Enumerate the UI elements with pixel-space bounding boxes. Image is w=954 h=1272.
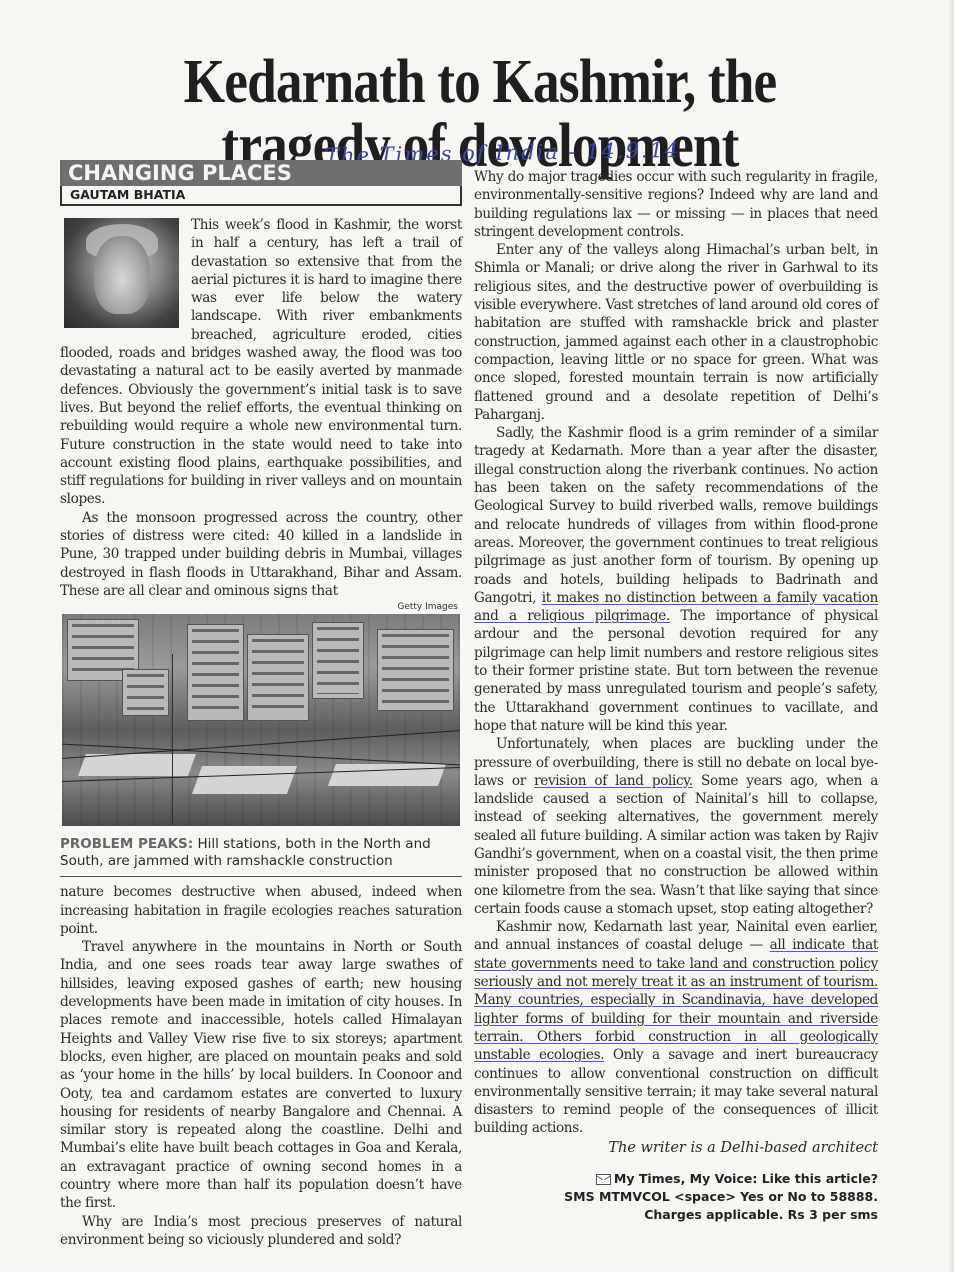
paragraph: nature becomes destructive when abused, … [60,883,462,938]
paragraph: Kashmir now, Kedarnath last year, Nainit… [474,918,878,1138]
building-shape [122,669,169,716]
headline-line-1: Kedarnath to Kashmir, the [184,48,777,116]
building-shape [187,624,244,721]
article-body-right: Why do major tragedies occur with such r… [474,168,878,1138]
paragraph: As the monsoon progressed across the cou… [60,509,462,600]
tin-roof-shape [192,766,297,794]
text-run: The importance of physical ardour and th… [474,608,878,734]
paragraph: Unfortunately, when places are buckling … [474,735,878,918]
writer-bio: The writer is a Delhi-based architect [474,1140,878,1156]
building-shape [312,622,364,699]
pen-underlined-text: revision of land policy. [534,773,693,789]
column-kicker: CHANGING PLACES [60,160,462,186]
left-column: CHANGING PLACES GAUTAM BHATIA This week’… [60,160,462,1249]
hill-station-photo [62,614,460,826]
paragraph: Sadly, the Kashmir flood is a grim remin… [474,424,878,735]
photo-caption: PROBLEM PEAKS: Hill stations, both in th… [60,826,462,877]
text-run: Sadly, the Kashmir flood is a grim remin… [474,425,878,606]
paragraph: Enter any of the valleys along Himachal’… [474,241,878,424]
photo-credit: Getty Images [60,602,458,612]
sms-line-2: SMS MTMVCOL <space> Yes or No to 58888. [474,1188,878,1206]
text-run: Some years ago, when a landslide caused … [474,773,878,917]
article-body-left: This week’s flood in Kashmir, the worst … [60,216,462,600]
page-edge-shadow [948,0,954,1272]
paragraph: Travel anywhere in the mountains in Nort… [60,938,462,1212]
paragraph: Why are India’s most precious preserves … [60,1213,462,1250]
author-photo [64,218,179,328]
sms-line-1: My Times, My Voice: Like this article? [614,1171,878,1186]
paragraph: Why do major tragedies occur with such r… [474,168,878,241]
building-shape [247,634,309,721]
caption-lead: PROBLEM PEAKS: [60,836,193,852]
sms-feedback-box: My Times, My Voice: Like this article? S… [474,1170,878,1224]
newspaper-clipping: Kedarnath to Kashmir, the tragedy of dev… [0,0,954,1272]
byline: GAUTAM BHATIA [60,186,462,206]
article-body-left-continued: nature becomes destructive when abused, … [60,883,462,1249]
tin-roof-shape [78,754,196,776]
building-shape [377,629,454,711]
sms-line-3: Charges applicable. Rs 3 per sms [474,1206,878,1224]
right-column: Why do major tragedies occur with such r… [474,168,878,1224]
utility-pole [172,654,173,824]
author-face-shape [94,236,150,314]
envelope-icon [596,1174,611,1185]
pen-underlined-text: all indicate that state governments need… [474,937,878,1063]
